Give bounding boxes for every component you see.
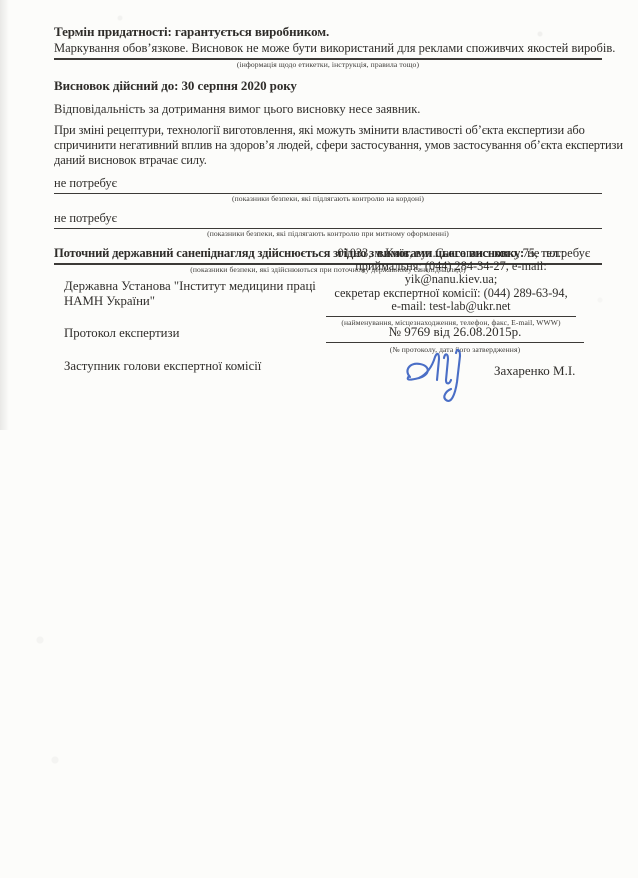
signatory-name: Захаренко М.І.	[494, 363, 575, 379]
change-clause-line-2: спричинити негативний вплив на здоров’я …	[54, 138, 602, 153]
contact-line-email1: yik@nanu.kiev.ua;	[326, 273, 576, 286]
institution-contacts: 01033, м.Київ, вул.Саксаганського, 75, т…	[326, 247, 576, 317]
protocol-label: Протокол експертизи	[64, 326, 179, 341]
institution-name: Державна Установа "Інститут медицини пра…	[64, 279, 339, 309]
change-clause-line-3: даний висновок втрачає силу.	[54, 153, 602, 168]
institution-name-line-2: НАМН України"	[64, 294, 339, 309]
protocol-number: № 9769 від 26.08.2015р.	[326, 324, 584, 343]
responsibility-line: Відповідальність за дотримання вимог цьо…	[54, 102, 602, 117]
customs-control-caption: (показники безпеки, які підлягають контр…	[54, 229, 602, 238]
document-body: Термін придатності: гарантується виробни…	[54, 24, 602, 274]
contact-line-email2: e-mail: test-lab@ukr.net	[326, 300, 576, 313]
shelf-life-line: Термін придатності: гарантується виробни…	[54, 24, 602, 39]
valid-until-line: Висновок дійсний до: 30 серпня 2020 року	[54, 78, 602, 93]
scanned-document-page: Термін придатності: гарантується виробни…	[0, 0, 638, 878]
signing-block: 01033, м.Київ, вул.Саксаганського, 75, т…	[54, 245, 608, 420]
border-control-value: не потребує	[54, 176, 117, 190]
marking-field: Маркування обов’язкове. Висновок не може…	[54, 39, 602, 60]
institution-name-line-1: Державна Установа "Інститут медицини пра…	[64, 279, 339, 294]
customs-control-field: не потребує	[54, 209, 602, 229]
customs-control-value: не потребує	[54, 211, 117, 225]
contact-line-secretary: секретар експертної комісії: (044) 289-6…	[326, 287, 576, 300]
border-control-caption: (показники безпеки, які підлягають контр…	[54, 194, 602, 203]
border-control-field: не потребує	[54, 174, 602, 194]
signature-icon	[396, 347, 488, 411]
change-clause-line-1: При зміні рецептури, технології виготовл…	[54, 123, 602, 138]
marking-caption: (інформація щодо етикетки, інструкція, п…	[54, 60, 602, 69]
marking-text: Маркування обов’язкове. Висновок не може…	[54, 41, 615, 55]
signatory-title: Заступник голови експертної комісії	[64, 359, 261, 374]
change-clause-paragraph: При зміні рецептури, технології виготовл…	[54, 123, 602, 168]
